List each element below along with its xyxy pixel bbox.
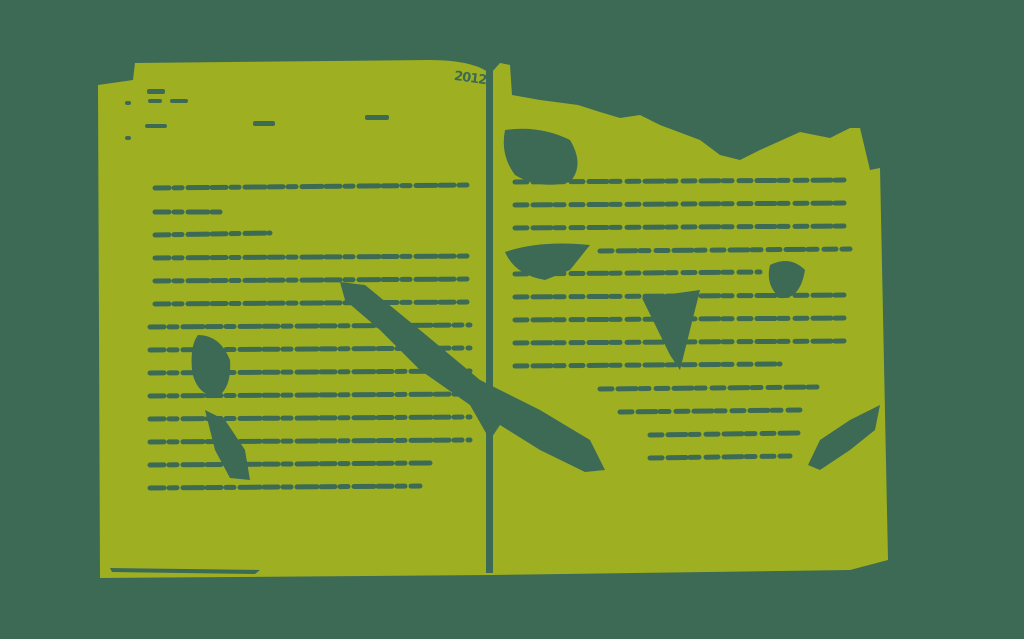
open-book-graphic	[0, 0, 1024, 639]
book-spine	[486, 68, 493, 573]
left-page	[98, 60, 492, 578]
illustration: 2012	[0, 0, 1024, 639]
